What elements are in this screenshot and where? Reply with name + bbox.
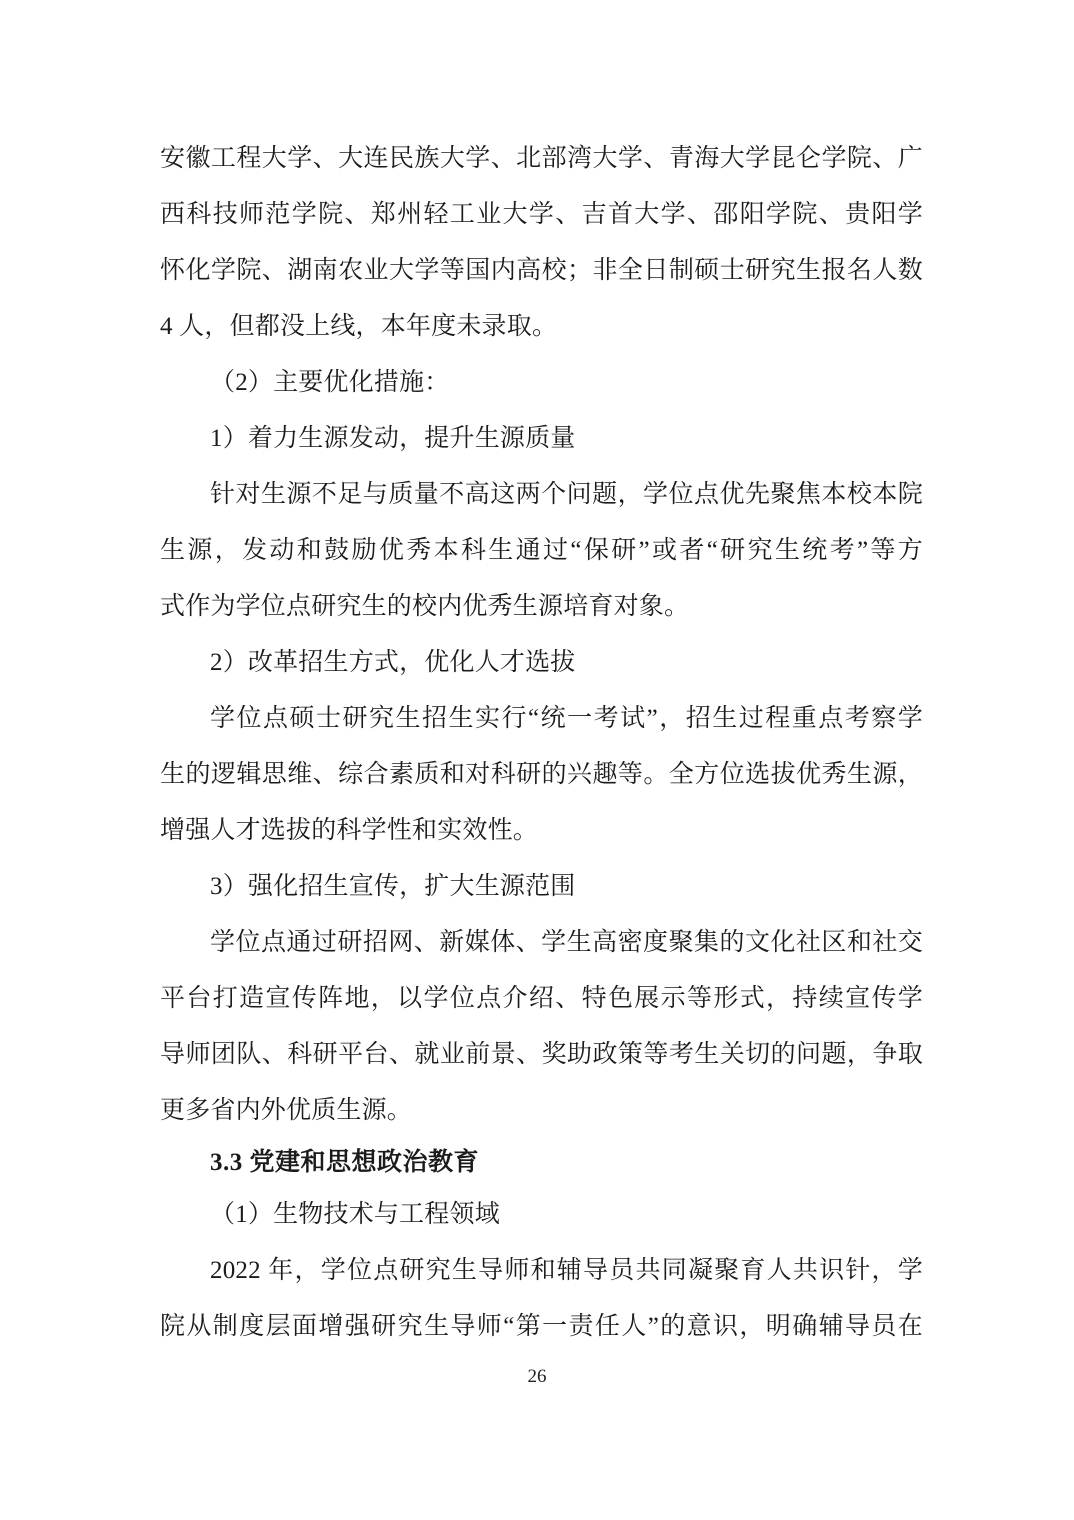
paragraph-line: 学位点通过研招网、新媒体、学生高密度聚集的文化社区和社交: [160, 915, 923, 971]
paragraph-line: 生源，发动和鼓励优秀本科生通过“保研”或者“研究生统考”等方: [160, 523, 923, 579]
paragraph-line: 学位点硕士研究生招生实行“统一考试”，招生过程重点考察学: [160, 691, 923, 747]
paragraph-line: 4 人，但都没上线，本年度未录取。: [160, 299, 923, 355]
paragraph-line: 增强人才选拔的科学性和实效性。: [160, 803, 923, 859]
paragraph-line: 更多省内外优质生源。: [160, 1083, 923, 1139]
section-heading-3-3: 3.3 党建和思想政治教育: [160, 1139, 923, 1187]
paragraph-line: 怀化学院、湖南农业大学等国内高校；非全日制硕士研究生报名人数: [160, 243, 923, 299]
paragraph-line: 院从制度层面增强研究生导师“第一责任人”的意识，明确辅导员在: [160, 1299, 923, 1355]
paragraph-line: 针对生源不足与质量不高这两个问题，学位点优先聚焦本校本院: [160, 467, 923, 523]
paragraph-line: 生的逻辑思维、综合素质和对科研的兴趣等。全方位选拔优秀生源，: [160, 747, 923, 803]
paragraph-line: 导师团队、科研平台、就业前景、奖助政策等考生关切的问题，争取: [160, 1027, 923, 1083]
paragraph-line: 平台打造宣传阵地，以学位点介绍、特色展示等形式，持续宣传学科、: [160, 971, 923, 1027]
paragraph-line: 2022 年，学位点研究生导师和辅导员共同凝聚育人共识针，学: [160, 1243, 923, 1299]
document-page: 安徽工程大学、大连民族大学、北部湾大学、青海大学昆仑学院、广 西科技师范学院、郑…: [0, 0, 1074, 1520]
paragraph-line: 安徽工程大学、大连民族大学、北部湾大学、青海大学昆仑学院、广: [160, 131, 923, 187]
page-number: 26: [0, 1362, 1074, 1392]
sub-item-2-label: 2）改革招生方式，优化人才选拔: [160, 635, 923, 691]
document-body: 安徽工程大学、大连民族大学、北部湾大学、青海大学昆仑学院、广 西科技师范学院、郑…: [160, 131, 923, 1355]
paragraph-line: 式作为学位点研究生的校内优秀生源培育对象。: [160, 579, 923, 635]
sub-item-1-label: 1）着力生源发动，提升生源质量: [160, 411, 923, 467]
paragraph-line: 西科技师范学院、郑州轻工业大学、吉首大学、邵阳学院、贵阳学院、: [160, 187, 923, 243]
sub-item-3-label: 3）强化招生宣传，扩大生源范围: [160, 859, 923, 915]
list-item-2-label: （2）主要优化措施：: [160, 355, 923, 411]
list-item-1-label: （1）生物技术与工程领域: [160, 1187, 923, 1243]
